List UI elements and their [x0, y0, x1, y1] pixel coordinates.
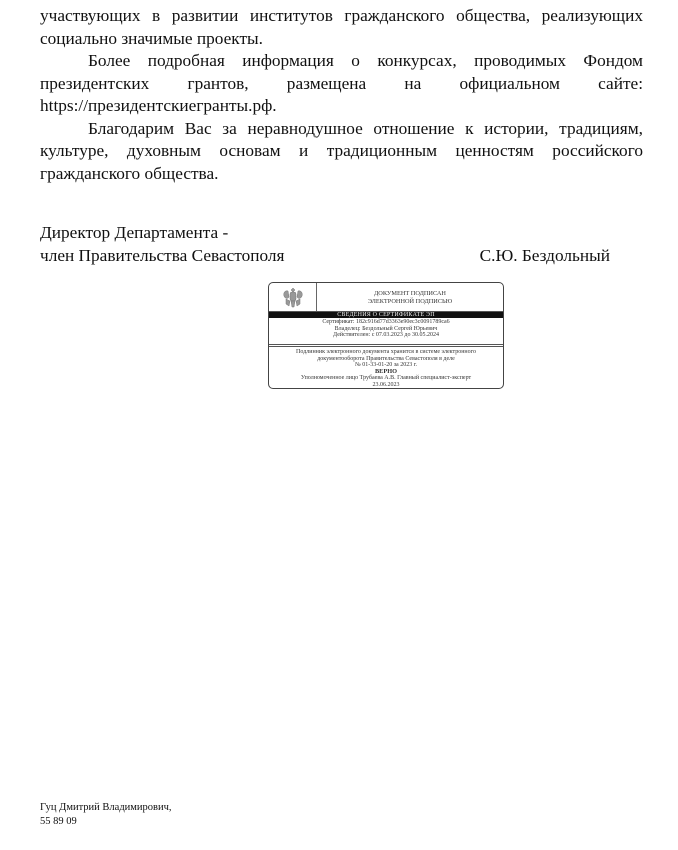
stamp-date: 23.06.2023 [269, 382, 503, 389]
authorized-person: Уполномоченное лицо Трубаева А.В. Главны… [269, 375, 503, 382]
signature-block: Директор Департамента - член Правительст… [40, 222, 610, 267]
electronic-signature-stamp: ДОКУМЕНТ ПОДПИСАН ЭЛЕКТРОННОЙ ПОДПИСЬЮ С… [268, 282, 504, 389]
certificate-validity: Действителен: с 07.03.2023 до 30.05.2024 [269, 332, 503, 339]
storage-note-line-2: документооборота Правительства Севастопо… [269, 356, 503, 363]
letter-body: участвующих в развитии институтов гражда… [40, 5, 643, 185]
executor-phone: 55 89 09 [40, 815, 172, 829]
signatory-name: С.Ю. Бездольный [480, 245, 610, 268]
website-link: https://президентскиегранты.рф. [40, 95, 643, 118]
stamp-title-line-1: ДОКУМЕНТ ПОДПИСАН [317, 290, 503, 298]
signatory-position-line-1: Директор Департамента - [40, 222, 610, 245]
paragraph-3: Благодарим Вас за неравнодушное отношени… [40, 118, 643, 186]
executor-info: Гуц Дмитрий Владимирович, 55 89 09 [40, 801, 172, 828]
certificate-number: Сертификат: 182c916d77d3363e90ec3c009178… [269, 319, 503, 326]
executor-name: Гуц Дмитрий Владимирович, [40, 801, 172, 815]
paragraph-2-line-1: Более подробная информация о конкурсах, … [40, 50, 643, 73]
stamp-title-line-2: ЭЛЕКТРОННОЙ ПОДПИСЬЮ [317, 298, 503, 306]
storage-note-line-1: Подлинник электронного документа хранитс… [269, 349, 503, 356]
paragraph-2-line-2: президентских грантов, размещена на офиц… [40, 73, 643, 96]
russian-coat-of-arms-icon [269, 283, 317, 311]
signatory-position-line-2: член Правительства Севастополя [40, 245, 285, 268]
paragraph-1-tail: участвующих в развитии институтов гражда… [40, 5, 643, 50]
